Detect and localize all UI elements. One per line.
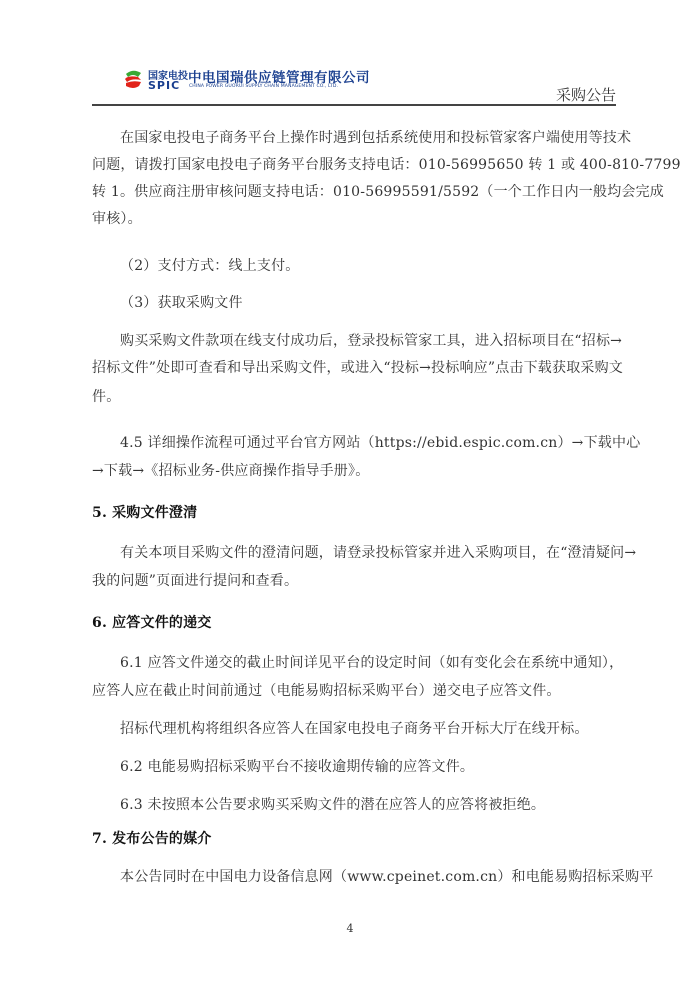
paragraph-line: 招标文件”处即可查看和导出采购文件，或进入“投标→投标响应”点击下载获取采购文 <box>92 357 623 377</box>
paragraph-line: 件。 <box>92 386 120 406</box>
page-number: 4 <box>0 922 700 935</box>
company-name-en: CHINA POWER GUORUI SUPPLY CHAIN MANAGEME… <box>189 84 338 89</box>
paragraph-line: 4.5 详细操作流程可通过平台官方网站（https://ebid.espic.c… <box>120 432 640 452</box>
paragraph-line: 招标代理机构将组织各应答人在国家电投电子商务平台开标大厅在线开标。 <box>120 718 589 738</box>
paragraph-line: 应答人应在截止时间前通过（电能易购招标采购平台）递交电子应答文件。 <box>92 680 561 700</box>
paragraph-line: 本公告同时在中国电力设备信息网（www.cpeinet.com.cn）和电能易购… <box>120 866 654 886</box>
document-type-label: 采购公告 <box>556 84 616 105</box>
paragraph-line: →下载→《招标业务-供应商操作指导手册》。 <box>92 460 369 480</box>
section-heading-5: 5. 采购文件澄清 <box>92 502 197 522</box>
paragraph-line: 在国家电投电子商务平台上操作时遇到包括系统使用和投标管家客户端使用等技术 <box>120 127 631 147</box>
section-heading-7: 7. 发布公告的媒介 <box>92 828 212 848</box>
company-name-cn: 中电国瑞供应链管理有限公司 <box>188 66 370 86</box>
paragraph-line: （3）获取采购文件 <box>120 292 243 312</box>
paragraph-line: 购买采购文件款项在线支付成功后，登录投标管家工具，进入招标项目在“招标→ <box>120 330 622 350</box>
paragraph-line: 问题，请拨打国家电投电子商务平台服务支持电话：010-56995650 转 1 … <box>92 154 681 174</box>
paragraph-line: 审核）。 <box>92 208 142 228</box>
paragraph-line: 转 1。供应商注册审核问题支持电话：010-56995591/5592（一个工作… <box>92 181 664 201</box>
logo-spic-text: SPIC <box>148 79 180 92</box>
section-heading-6: 6. 应答文件的递交 <box>92 612 212 632</box>
page-header: 国家电投 SPIC 中电国瑞供应链管理有限公司 CHINA POWER GUOR… <box>92 60 616 104</box>
paragraph-line: 6.3 未按照本公告要求购买采购文件的潜在应答人的应答将被拒绝。 <box>120 794 545 814</box>
spic-logo-icon <box>122 68 144 90</box>
header-divider <box>92 104 616 106</box>
paragraph-line: 我的问题”页面进行提问和查看。 <box>92 570 298 590</box>
paragraph-line: （2）支付方式：线上支付。 <box>120 255 300 275</box>
paragraph-line: 有关本项目采购文件的澄清问题，请登录投标管家并进入采购项目，在“澄清疑问→ <box>120 542 636 562</box>
paragraph-line: 6.1 应答文件递交的截止时间详见平台的设定时间（如有变化会在系统中通知）， <box>120 652 623 672</box>
paragraph-line: 6.2 电能易购招标采购平台不接收逾期传输的应答文件。 <box>120 756 474 776</box>
